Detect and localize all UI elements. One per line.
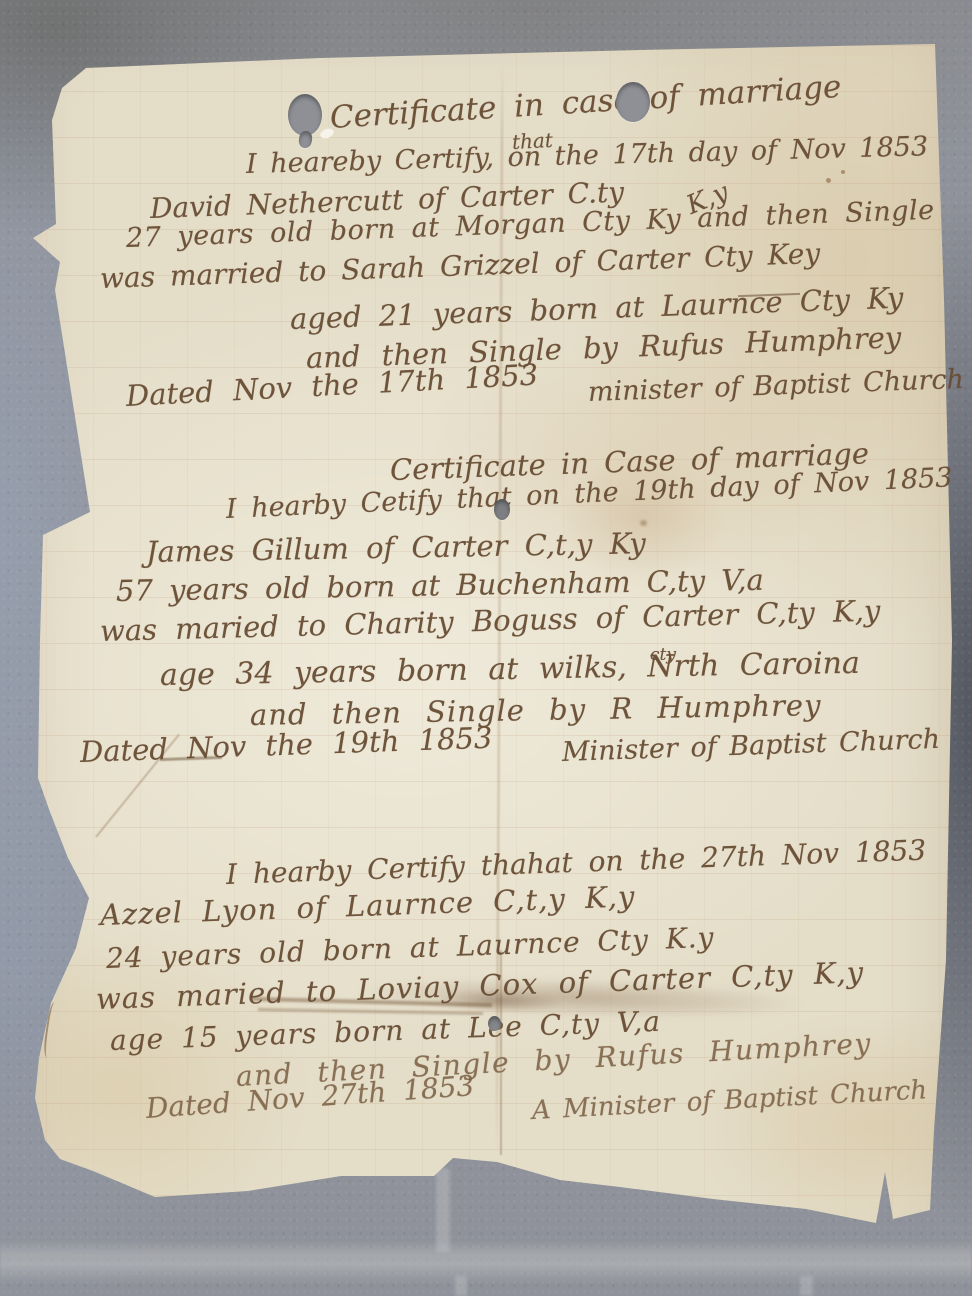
small-hole-lower — [488, 1016, 501, 1031]
photograph-of-document: Certificate in case of marriage that I h… — [0, 0, 972, 1296]
punch-hole-right — [616, 82, 650, 122]
small-hole-center — [494, 499, 510, 520]
punch-hole-left — [288, 94, 322, 136]
